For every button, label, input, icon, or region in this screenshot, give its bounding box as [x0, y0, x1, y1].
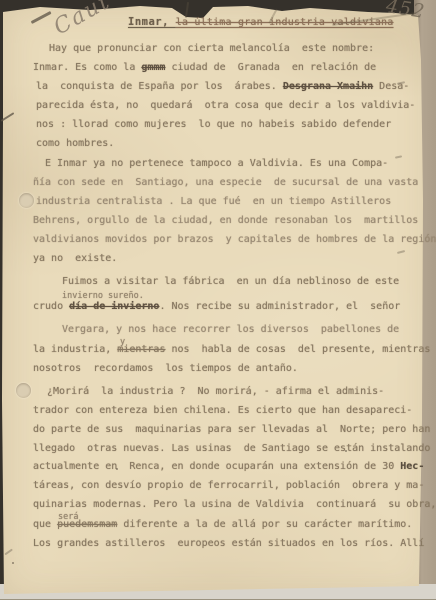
struck-text: día de invierno	[69, 301, 159, 312]
text-segment: Vergara, y nos hace recorrer los diverso…	[62, 324, 399, 335]
text-segment: ñía con sede en Santiago, una especie de…	[33, 177, 418, 188]
text-segment: nosotros recordamos los tiempos de antañ…	[33, 363, 298, 374]
text-segment: táreas, con desvío propio de ferrocarril…	[33, 480, 424, 491]
struck-text: puedemsmam	[57, 519, 117, 530]
typescript-line: Inmar, la última gran industria valdivia…	[128, 16, 393, 29]
text-segment: Los grandes astilleros europeos están si…	[33, 538, 424, 549]
typescript-line: nos : llorad como mujeres lo que no habe…	[36, 119, 391, 131]
text-segment: ciudad de Granada en relación de	[165, 62, 376, 73]
typescript-line: Vergara, y nos hace recorrer los diverso…	[62, 324, 399, 336]
paper-speck	[345, 450, 347, 452]
paper-speck	[12, 562, 14, 564]
text-segment: nos : llorad como mujeres lo que no habe…	[36, 119, 391, 130]
typescript-line: nosotros recordamos los tiempos de antañ…	[33, 363, 298, 375]
typescript-line: quinarias modernas. Pero la usina de Val…	[33, 499, 436, 511]
typescript-line: crudo día de invierno. Nos recibe su adm…	[33, 301, 400, 313]
text-segment: . Nos recibe su administrador, el señor	[159, 301, 400, 312]
typescript-line: ya no existe.	[33, 253, 117, 265]
typescript-line: industria centralista . La que fué en un…	[36, 196, 391, 208]
text-segment: actualmente en Renca, en donde ocuparán …	[33, 461, 400, 472]
typescript-line: ¿Morirá la industria ? No morirá, - afir…	[47, 386, 384, 398]
typescript-line: la conquista de España por los árabes. D…	[36, 81, 409, 93]
typescript-line: la industria, mientras nos habla de cosa…	[33, 344, 430, 356]
text-segment: E Inmar ya no pertenece tampoco a Valdiv…	[45, 158, 388, 169]
typescript-line: actualmente en Renca, en donde ocuparán …	[33, 461, 424, 473]
text-segment: como hombres.	[36, 138, 114, 149]
pencil-mark	[31, 11, 52, 24]
text-segment: diferente a la de allá por su carácter m…	[117, 519, 412, 530]
pencil-mark	[4, 549, 12, 555]
text-segment: la industria,	[33, 344, 117, 355]
text-segment: llegado otras nuevas. Las usinas de Sant…	[33, 443, 430, 454]
text-segment: nos habla de cosas del presente, mientra…	[165, 344, 430, 355]
typescript-line: valdivianos movidos por brazos y capital…	[33, 234, 436, 246]
text-segment: Hec-	[400, 461, 424, 472]
typescript-line: que puedemsmam diferente a la de allá po…	[33, 519, 412, 531]
text-segment: que	[33, 519, 57, 530]
text-segment: Inmar,	[128, 16, 176, 28]
typescript-line: do parte de sus maquinarias para ser lle…	[33, 424, 430, 436]
text-segment: parecida ésta, no quedará otra cosa que …	[36, 100, 415, 111]
text-segment: invierno sureño.	[62, 291, 144, 301]
pencil-mark	[1, 112, 15, 122]
text-segment: Hay que pronunciar con cierta melancolía…	[49, 43, 374, 54]
text-segment: Fuimos a visitar la fábrica en un día ne…	[62, 276, 399, 287]
text-segment: ya no existe.	[33, 253, 117, 264]
typescript-line: parecida ésta, no quedará otra cosa que …	[36, 100, 415, 112]
typescript-line: E Inmar ya no pertenece tampoco a Valdiv…	[45, 158, 388, 170]
struck-text: mientras	[117, 344, 165, 355]
struck-text: Desgrana Xmaihn	[283, 81, 373, 92]
pencil-annotation-word: Caut	[50, 0, 115, 40]
page-content: Inmar, la última gran industria valdivia…	[0, 0, 436, 600]
typescript-line: Inmar. Es como la gmmm ciudad de Granada…	[33, 62, 376, 74]
text-segment: la conquista de España por los árabes.	[36, 81, 283, 92]
text-segment: Behrens, orgullo de la ciudad, en donde …	[33, 215, 418, 226]
text-segment: crudo	[33, 301, 69, 312]
hole-punch	[19, 193, 34, 208]
struck-text: gmmm	[141, 62, 165, 73]
typescript-line: trador con entereza bien chilena. Es cie…	[33, 405, 412, 417]
typescript-line: táreas, con desvío propio de ferrocarril…	[33, 480, 424, 492]
paper-speck	[116, 468, 118, 470]
text-segment: ¿Morirá la industria ? No morirá, - afir…	[47, 386, 384, 397]
scanned-document: Inmar, la última gran industria valdivia…	[0, 0, 436, 600]
hole-punch	[16, 383, 31, 398]
text-segment: valdivianos movidos por brazos y capital…	[33, 234, 436, 245]
text-segment: quinarias modernas. Pero la usina de Val…	[33, 499, 436, 510]
text-segment: do parte de sus maquinarias para ser lle…	[33, 424, 430, 435]
text-segment: la última gran industria valdiviana	[176, 17, 394, 28]
text-segment: industria centralista . La que fué en un…	[36, 196, 391, 207]
typescript-line: ñía con sede en Santiago, una especie de…	[33, 177, 418, 189]
typescript-line: como hombres.	[36, 138, 114, 150]
typescript-line: Hay que pronunciar con cierta melancolía…	[49, 43, 374, 55]
pencil-mark	[395, 155, 402, 158]
typescript-line: Behrens, orgullo de la ciudad, en donde …	[33, 215, 418, 227]
text-segment: trador con entereza bien chilena. Es cie…	[33, 405, 412, 416]
text-segment: Inmar. Es como la	[33, 62, 141, 73]
typescript-line: llegado otras nuevas. Las usinas de Sant…	[33, 443, 430, 455]
pencil-mark	[397, 250, 405, 253]
typescript-line: Los grandes astilleros europeos están si…	[33, 538, 424, 550]
typescript-line: Fuimos a visitar la fábrica en un día ne…	[62, 276, 399, 288]
